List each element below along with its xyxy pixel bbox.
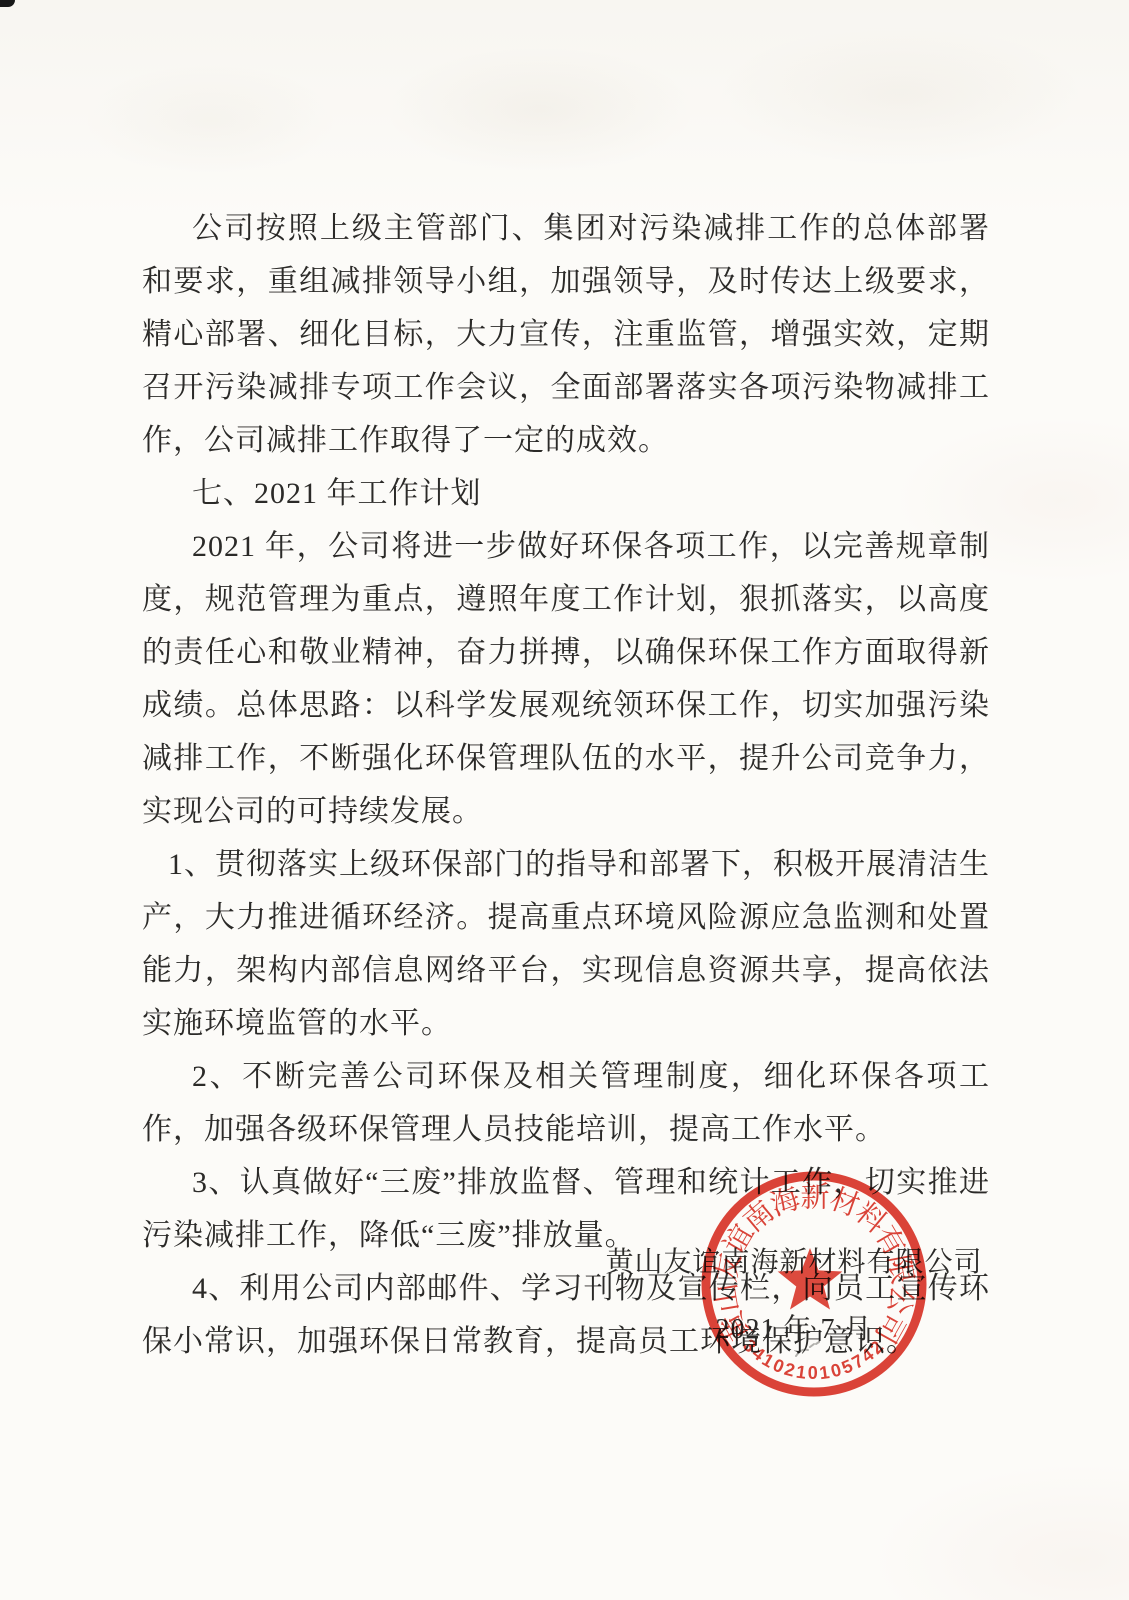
paragraph-plan-intro: 2021 年，公司将进一步做好环保各项工作，以完善规章制度，规范管理为重点，遵照… (142, 520, 990, 838)
scanned-document-page: 公司按照上级主管部门、集团对污染减排工作的总体部署和要求，重组减排领导小组，加强… (0, 0, 1129, 1600)
company-seal-stamp: 黄山友谊南海新材料有限公司 3410210105742 (689, 1159, 939, 1409)
handwritten-mark (796, 1342, 819, 1356)
scan-artifact-mark (0, 0, 15, 7)
paragraph-reduction-summary: 公司按照上级主管部门、集团对污染减排工作的总体部署和要求，重组减排领导小组，加强… (142, 202, 990, 467)
plan-item-2: 2、不断完善公司环保及相关管理制度，细化环保各项工作，加强各级环保管理人员技能培… (142, 1050, 990, 1156)
section-heading-2021-plan: 七、2021 年工作计划 (142, 467, 990, 520)
plan-item-1: 1、贯彻落实上级环保部门的指导和部署下，积极开展清洁生产，大力推进循环经济。提高… (142, 838, 990, 1050)
star-icon (778, 1248, 843, 1310)
